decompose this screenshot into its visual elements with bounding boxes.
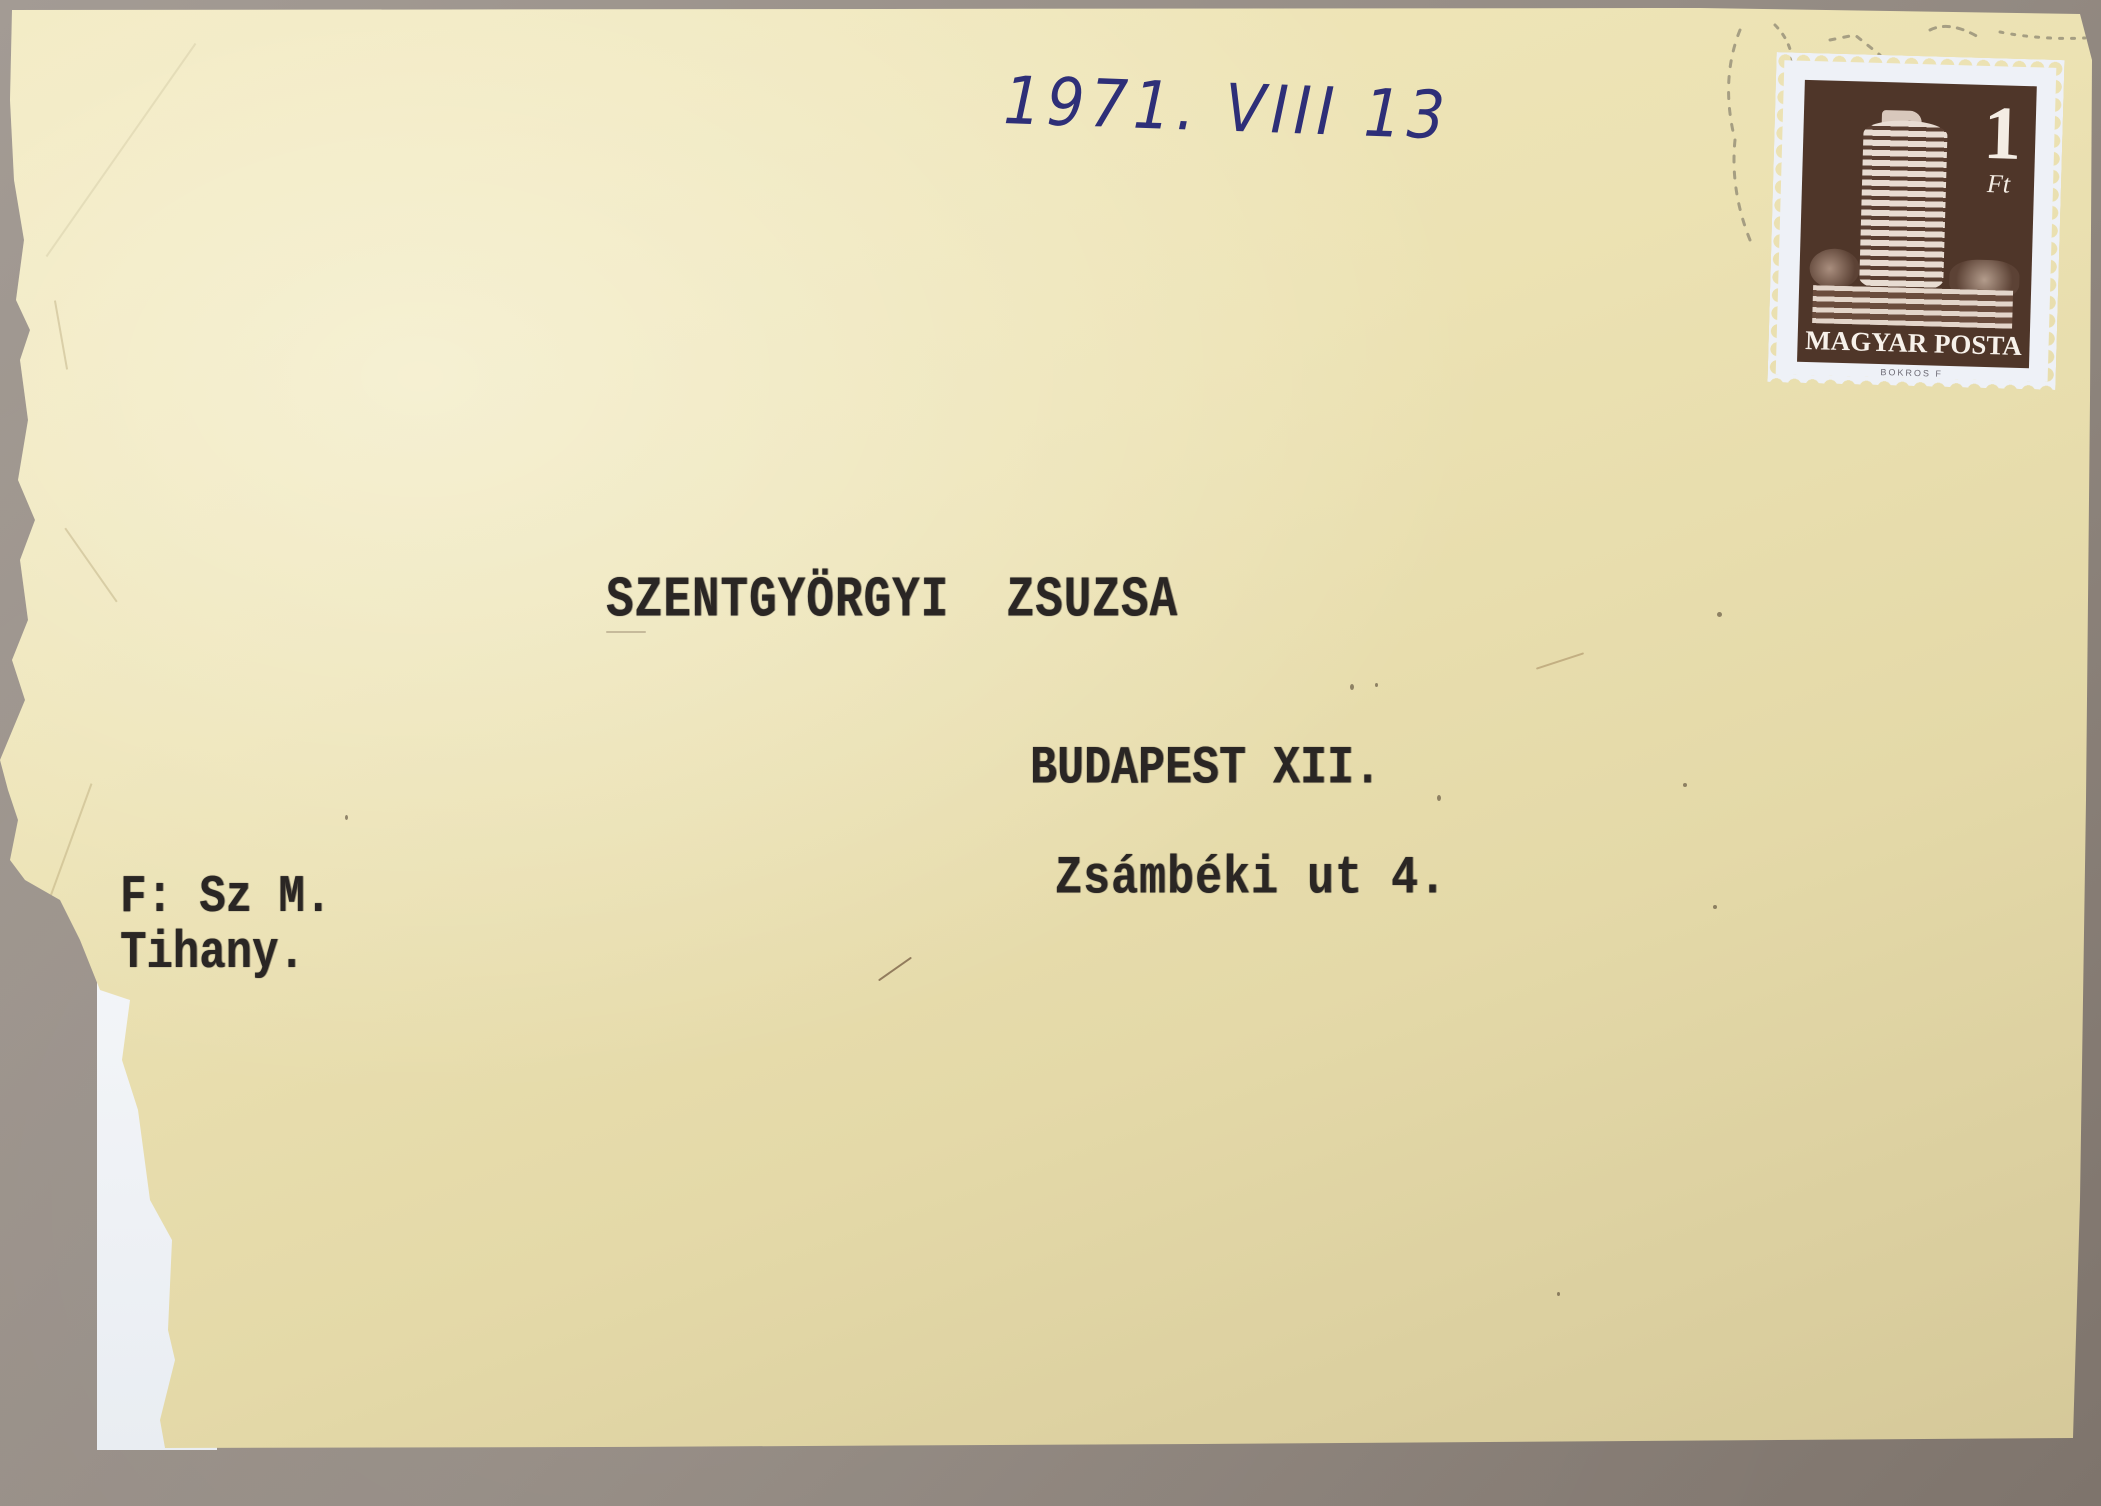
stamp-label: MAGYAR POSTA	[1797, 325, 2030, 362]
trees-illustration	[1809, 248, 1860, 289]
stamp-value: 1	[1982, 95, 2022, 172]
recipient-name: SZENTGYÖRGYI ZSUZSA	[606, 568, 1178, 633]
speck	[1375, 683, 1378, 687]
speck	[1557, 1292, 1560, 1296]
speck	[1437, 795, 1441, 801]
handwritten-date: 1971. VIII 13	[1002, 62, 1451, 155]
hotel-podium-illustration	[1812, 285, 2013, 329]
stamp-print-area: 1 Ft MAGYAR POSTA	[1797, 80, 2037, 368]
recipient-city: BUDAPEST XII.	[1030, 738, 1381, 799]
crease	[46, 43, 197, 257]
crease	[64, 528, 117, 603]
fiber	[1536, 652, 1584, 669]
speck	[1683, 783, 1687, 787]
postage-stamp: 1 Ft MAGYAR POSTA BOKROS F	[1767, 52, 2064, 390]
speck	[345, 815, 348, 820]
crease	[54, 300, 68, 369]
fiber	[878, 957, 912, 982]
crease	[50, 783, 93, 896]
speck	[1713, 905, 1717, 909]
photo-scene: 1971. VIII 13 SZENTGYÖRGYI ZSUZSA BUDAPE…	[0, 0, 2101, 1506]
stamp-currency: Ft	[1987, 169, 2011, 200]
speck	[1717, 612, 1722, 617]
recipient-street: Zsámbéki ut 4.	[1055, 848, 1447, 909]
sender-name: F: Sz M.	[120, 868, 331, 928]
speck	[1350, 684, 1354, 690]
sender-location: Tihany.	[120, 924, 305, 984]
hotel-tower-illustration	[1859, 120, 1948, 292]
